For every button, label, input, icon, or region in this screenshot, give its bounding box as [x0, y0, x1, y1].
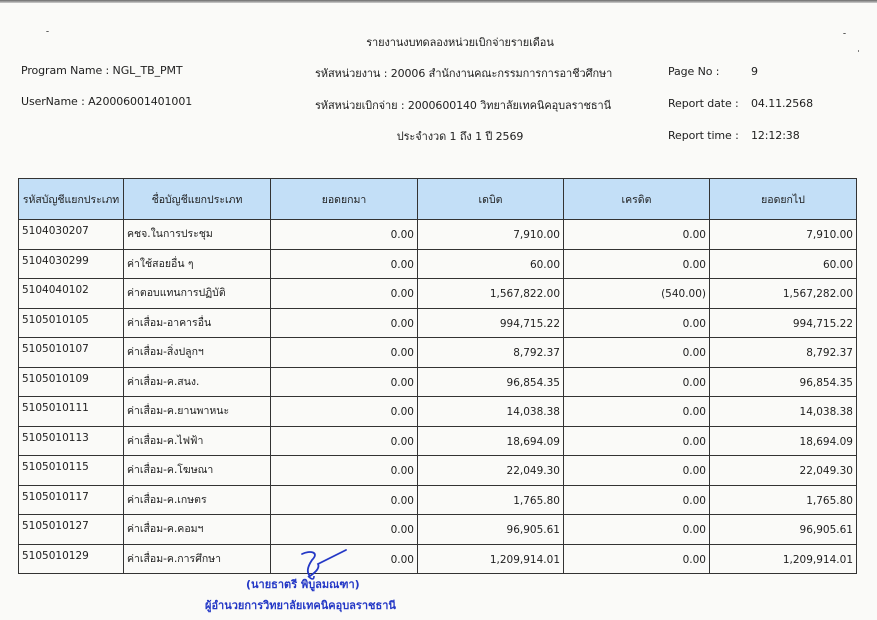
account-name-cell: ค่าเสื่อม-สิ่งปลูกฯ — [124, 338, 271, 368]
table-row: 5105010105ค่าเสื่อม-อาคารอื่น0.00994,715… — [19, 308, 857, 338]
table-row: 5105010109ค่าเสื่อม-ค.สนง.0.0096,854.350… — [19, 367, 857, 397]
scan-speck — [858, 50, 859, 52]
debit-cell: 8,792.37 — [418, 338, 564, 368]
page-no-value: 9 — [751, 65, 758, 78]
program-name: Program Name : NGL_TB_PMT — [21, 64, 183, 77]
account-code-cell: 5105010105 — [19, 308, 124, 338]
agency-line: รหัสหน่วยงาน : 20006 สำนักงานคณะกรรมการก… — [315, 64, 612, 82]
carried-forward-cell: 1,567,282.00 — [710, 279, 857, 309]
credit-cell: 0.00 — [564, 367, 710, 397]
credit-cell: 0.00 — [564, 338, 710, 368]
trial-balance-table: รหัสบัญชีแยกประเภท ชื่อบัญชีแยกประเภท ยอ… — [18, 178, 857, 574]
debit-cell: 14,038.38 — [418, 397, 564, 427]
carried-forward-cell: 18,694.09 — [710, 426, 857, 456]
account-name-cell: ค่าเสื่อม-ค.การศึกษา — [124, 544, 271, 574]
debit-cell: 1,567,822.00 — [418, 279, 564, 309]
report-title: รายงานงบทดลองหน่วยเบิกจ่ายรายเดือน — [300, 33, 620, 51]
debit-cell: 994,715.22 — [418, 308, 564, 338]
account-name-cell: ค่าเสื่อม-ค.สนง. — [124, 367, 271, 397]
credit-cell: (540.00) — [564, 279, 710, 309]
signatory-title: ผู้อำนวยการวิทยาลัยเทคนิคอุบลราชธานี — [205, 596, 396, 614]
debit-cell: 1,765.80 — [418, 485, 564, 515]
report-time-label: Report time : — [668, 129, 739, 142]
table-row: 5105010115ค่าเสื่อม-ค.โฆษณา0.0022,049.30… — [19, 456, 857, 486]
carried-forward-cell: 8,792.37 — [710, 338, 857, 368]
account-code-cell: 5105010115 — [19, 456, 124, 486]
credit-cell: 0.00 — [564, 220, 710, 250]
carried-forward-cell: 1,209,914.01 — [710, 544, 857, 574]
account-name-cell: ค่าตอบแทนการปฏิบัติ — [124, 279, 271, 309]
period-line: ประจำงวด 1 ถึง 1 ปี 2569 — [350, 127, 570, 145]
debit-cell: 1,209,914.01 — [418, 544, 564, 574]
account-code-cell: 5105010109 — [19, 367, 124, 397]
table-row: 5104030207คชจ.ในการประชุม0.007,910.000.0… — [19, 220, 857, 250]
table-row: 5105010113ค่าเสื่อม-ค.ไฟฟ้า0.0018,694.09… — [19, 426, 857, 456]
signatory-name: (นายธาตรี พิบูลมณฑา) — [246, 575, 360, 593]
account-name-cell: คชจ.ในการประชุม — [124, 220, 271, 250]
report-date-label: Report date : — [668, 97, 739, 110]
brought-forward-cell: 0.00 — [271, 220, 418, 250]
brought-forward-cell: 0.00 — [271, 308, 418, 338]
col-header-account-name: ชื่อบัญชีแยกประเภท — [124, 179, 271, 220]
disbursing-unit-line: รหัสหน่วยเบิกจ่าย : 2000600140 วิทยาลัยเ… — [315, 96, 611, 114]
col-header-credit: เครดิต — [564, 179, 710, 220]
page-no-label: Page No : — [668, 65, 719, 78]
table-header-row: รหัสบัญชีแยกประเภท ชื่อบัญชีแยกประเภท ยอ… — [19, 179, 857, 220]
account-name-cell: ค่าเสื่อม-ค.โฆษณา — [124, 456, 271, 486]
table-row: 5104040102ค่าตอบแทนการปฏิบัติ0.001,567,8… — [19, 279, 857, 309]
account-code-cell: 5104040102 — [19, 279, 124, 309]
carried-forward-cell: 7,910.00 — [710, 220, 857, 250]
account-code-cell: 5105010117 — [19, 485, 124, 515]
account-name-cell: ค่าเสื่อม-อาคารอื่น — [124, 308, 271, 338]
carried-forward-cell: 994,715.22 — [710, 308, 857, 338]
brought-forward-cell: 0.00 — [271, 397, 418, 427]
carried-forward-cell: 14,038.38 — [710, 397, 857, 427]
account-name-cell: ค่าใช้สอยอื่น ๆ — [124, 249, 271, 279]
table-row: 5105010111ค่าเสื่อม-ค.ยานพาหนะ0.0014,038… — [19, 397, 857, 427]
account-name-cell: ค่าเสื่อม-ค.ไฟฟ้า — [124, 426, 271, 456]
account-code-cell: 5105010111 — [19, 397, 124, 427]
table-row: 5105010107ค่าเสื่อม-สิ่งปลูกฯ0.008,792.3… — [19, 338, 857, 368]
credit-cell: 0.00 — [564, 397, 710, 427]
brought-forward-cell: 0.00 — [271, 367, 418, 397]
account-name-cell: ค่าเสื่อม-ค.คอมฯ — [124, 515, 271, 545]
credit-cell: 0.00 — [564, 515, 710, 545]
table-row: 5105010129ค่าเสื่อม-ค.การศึกษา0.001,209,… — [19, 544, 857, 574]
credit-cell: 0.00 — [564, 544, 710, 574]
debit-cell: 18,694.09 — [418, 426, 564, 456]
account-code-cell: 5104030299 — [19, 249, 124, 279]
brought-forward-cell: 0.00 — [271, 515, 418, 545]
brought-forward-cell: 0.00 — [271, 426, 418, 456]
account-name-cell: ค่าเสื่อม-ค.ยานพาหนะ — [124, 397, 271, 427]
account-code-cell: 5105010127 — [19, 515, 124, 545]
report-date-value: 04.11.2568 — [751, 97, 813, 110]
debit-cell: 60.00 — [418, 249, 564, 279]
scan-speck — [46, 31, 49, 32]
credit-cell: 0.00 — [564, 456, 710, 486]
brought-forward-cell: 0.00 — [271, 456, 418, 486]
account-code-cell: 5104030207 — [19, 220, 124, 250]
brought-forward-cell: 0.00 — [271, 338, 418, 368]
col-header-debit: เดบิต — [418, 179, 564, 220]
col-header-carried-forward: ยอดยกไป — [710, 179, 857, 220]
account-name-cell: ค่าเสื่อม-ค.เกษตร — [124, 485, 271, 515]
brought-forward-cell: 0.00 — [271, 249, 418, 279]
account-code-cell: 5105010113 — [19, 426, 124, 456]
carried-forward-cell: 22,049.30 — [710, 456, 857, 486]
carried-forward-cell: 96,905.61 — [710, 515, 857, 545]
credit-cell: 0.00 — [564, 308, 710, 338]
carried-forward-cell: 1,765.80 — [710, 485, 857, 515]
debit-cell: 96,905.61 — [418, 515, 564, 545]
credit-cell: 0.00 — [564, 249, 710, 279]
carried-forward-cell: 60.00 — [710, 249, 857, 279]
report-time-value: 12:12:38 — [751, 129, 800, 142]
debit-cell: 22,049.30 — [418, 456, 564, 486]
account-code-cell: 5105010129 — [19, 544, 124, 574]
col-header-account-code: รหัสบัญชีแยกประเภท — [19, 179, 124, 220]
col-header-brought-forward: ยอดยกมา — [271, 179, 418, 220]
account-code-cell: 5105010107 — [19, 338, 124, 368]
debit-cell: 96,854.35 — [418, 367, 564, 397]
debit-cell: 7,910.00 — [418, 220, 564, 250]
username: UserName : A20006001401001 — [21, 95, 192, 108]
credit-cell: 0.00 — [564, 485, 710, 515]
table-row: 5105010127ค่าเสื่อม-ค.คอมฯ0.0096,905.610… — [19, 515, 857, 545]
carried-forward-cell: 96,854.35 — [710, 367, 857, 397]
table-row: 5105010117ค่าเสื่อม-ค.เกษตร0.001,765.800… — [19, 485, 857, 515]
table-row: 5104030299ค่าใช้สอยอื่น ๆ0.0060.000.0060… — [19, 249, 857, 279]
credit-cell: 0.00 — [564, 426, 710, 456]
brought-forward-cell: 0.00 — [271, 279, 418, 309]
brought-forward-cell: 0.00 — [271, 485, 418, 515]
scan-speck — [843, 33, 846, 34]
